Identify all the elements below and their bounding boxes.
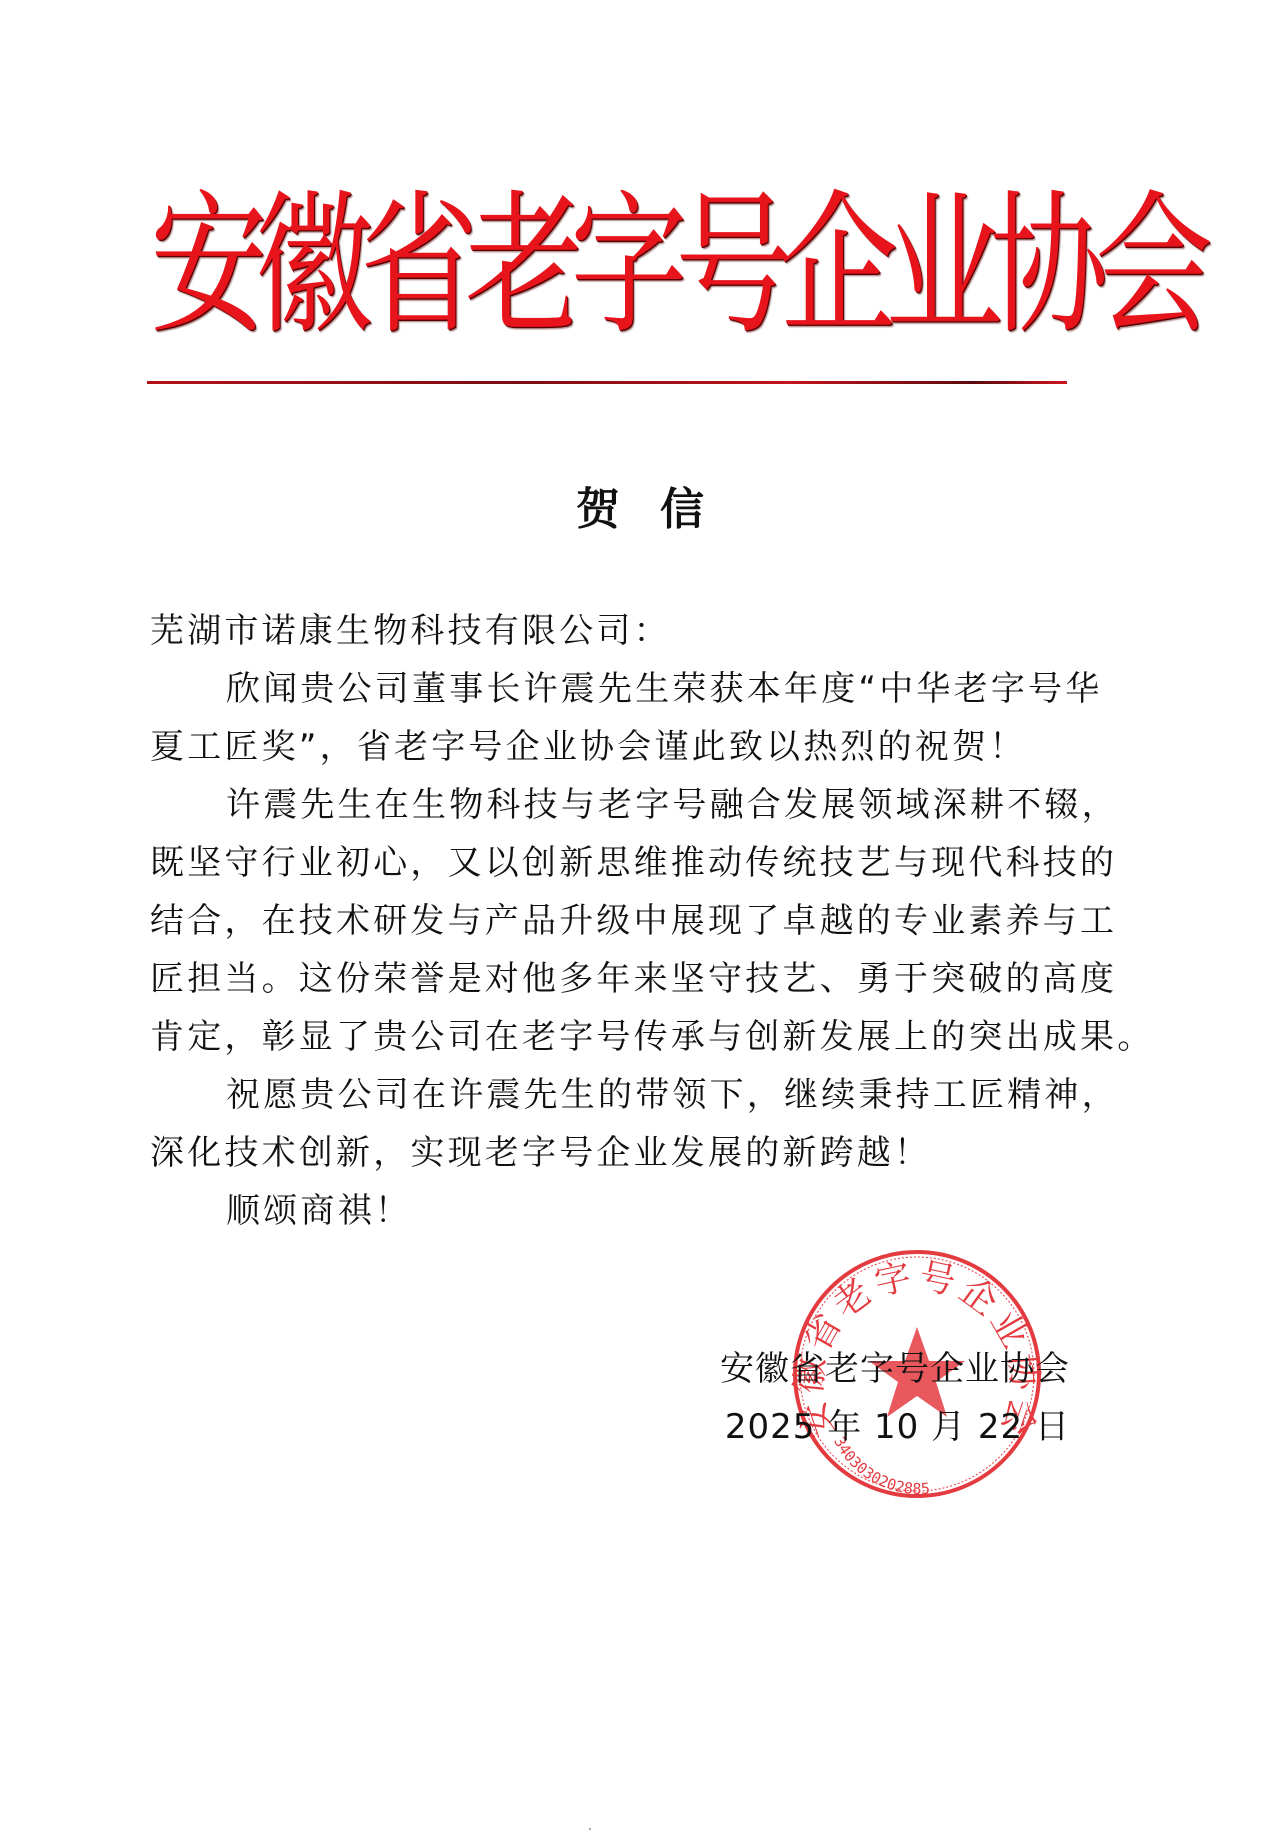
letterhead-title: 安徽省老字号企业协会	[150, 155, 1070, 376]
salutation: 芜湖市诺康生物科技有限公司：	[150, 602, 1080, 660]
body-line: 结合，在技术研发与产品升级中展现了卓越的专业素养与工	[150, 892, 1080, 950]
body-line: 深化技术创新，实现老字号企业发展的新跨越！	[150, 1124, 1080, 1182]
body-line: 夏工匠奖”，省老字号企业协会谨此致以热烈的祝贺！	[150, 718, 1080, 776]
letter-page: 安徽省老字号企业协会 贺信 芜湖市诺康生物科技有限公司： 欣闻贵公司董事长许震先…	[0, 0, 1280, 1839]
signature-organization: 安徽省老字号企业协会	[720, 1340, 1070, 1398]
body-line: 匠担当。这份荣誉是对他多年来坚守技艺、勇于突破的高度	[150, 950, 1080, 1008]
signature-block: 安徽省老字号企业协会 2025 年 10 月 22 日	[720, 1340, 1070, 1456]
scan-artifact	[589, 1828, 591, 1830]
body-line: 祝愿贵公司在许震先生的带领下，继续秉持工匠精神，	[150, 1066, 1080, 1124]
body-line: 许震先生在生物科技与老字号融合发展领域深耕不辍，	[150, 776, 1080, 834]
letter-body: 芜湖市诺康生物科技有限公司： 欣闻贵公司董事长许震先生荣获本年度“中华老字号华 …	[150, 602, 1080, 1240]
body-line: 既坚守行业初心，又以创新思维推动传统技艺与现代科技的	[150, 834, 1080, 892]
closing-line: 顺颂商祺！	[150, 1182, 1080, 1240]
signature-date: 2025 年 10 月 22 日	[720, 1398, 1070, 1456]
document-title: 贺信	[0, 480, 1280, 540]
letterhead-rule	[147, 381, 1067, 384]
body-line: 欣闻贵公司董事长许震先生荣获本年度“中华老字号华	[150, 660, 1080, 718]
body-line: 肯定，彰显了贵公司在老字号传承与创新发展上的突出成果。	[150, 1008, 1080, 1066]
